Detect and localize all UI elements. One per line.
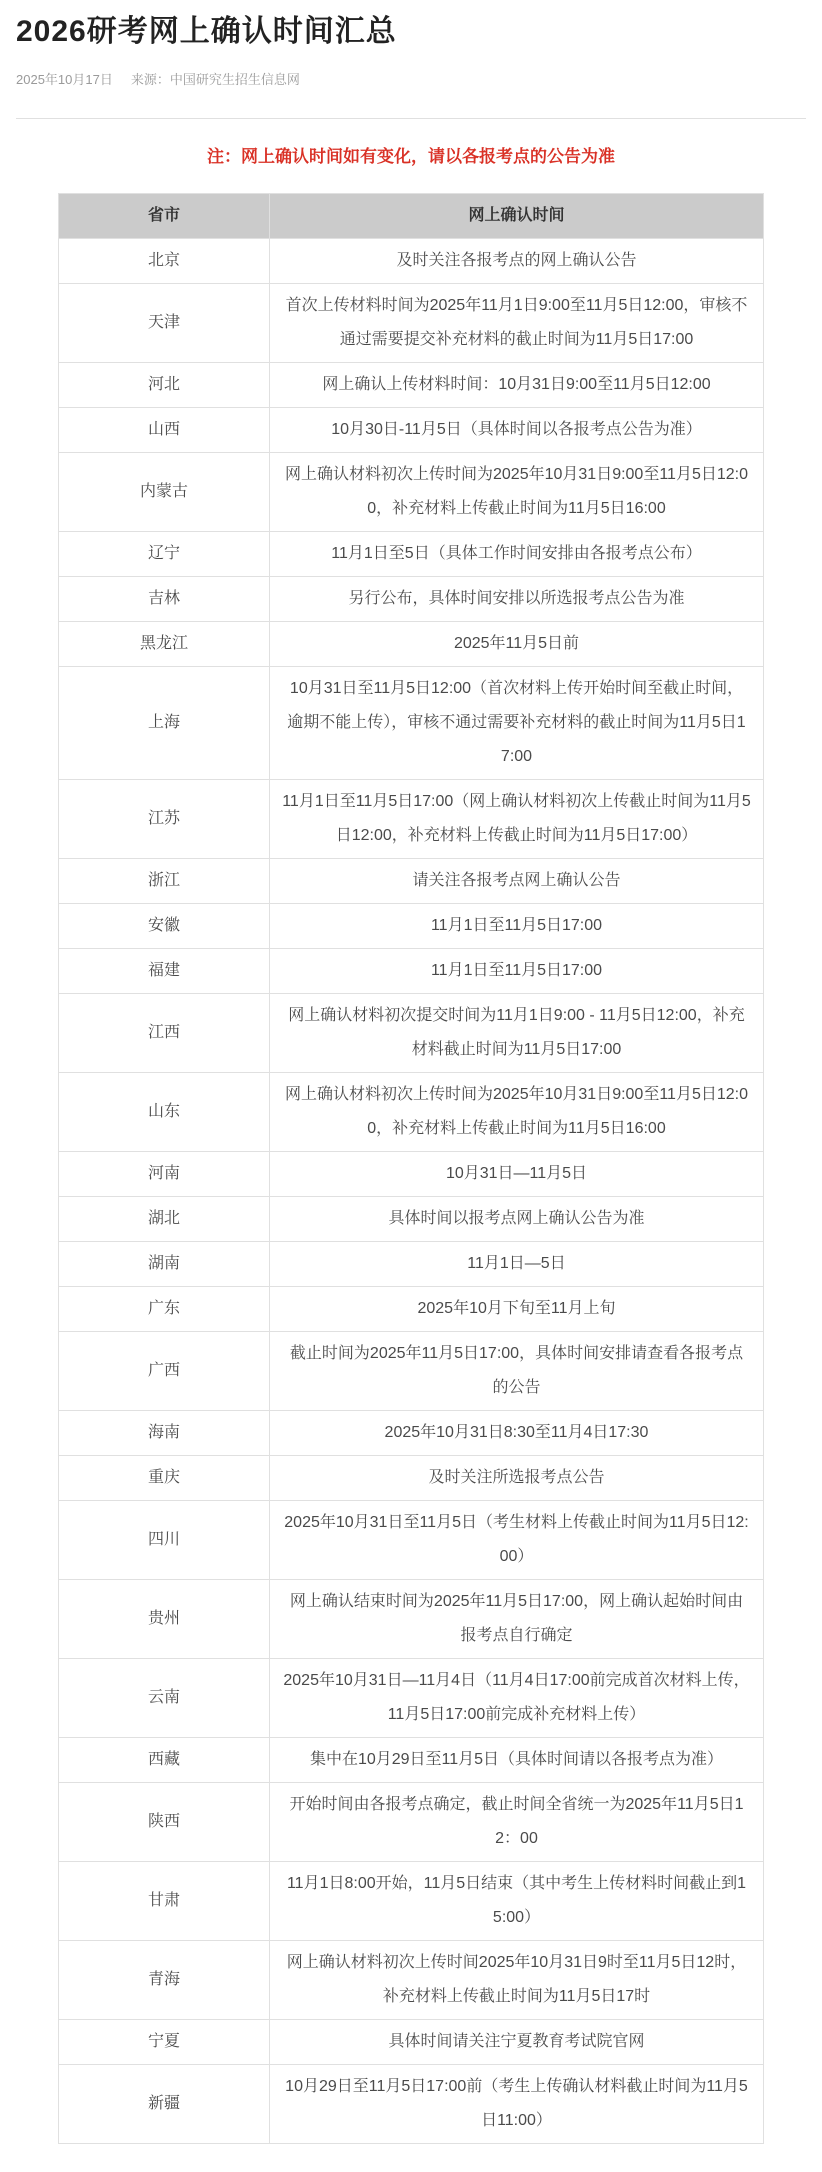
table-row: 浙江请关注各报考点网上确认公告 (59, 858, 764, 903)
province-cell: 吉林 (59, 576, 270, 621)
confirmation-time-cell: 2025年10月31日8:30至11月4日17:30 (270, 1410, 764, 1455)
table-row: 河南10月31日—11月5日 (59, 1151, 764, 1196)
province-cell: 甘肃 (59, 1861, 270, 1940)
confirmation-time-cell: 11月1日—5日 (270, 1241, 764, 1286)
confirmation-time-cell: 网上确认材料初次提交时间为11月1日9:00 - 11月5日12:00，补充材料… (270, 993, 764, 1072)
table-row: 江苏11月1日至11月5日17:00（网上确认材料初次上传截止时间为11月5日1… (59, 779, 764, 858)
table-row: 广东2025年10月下旬至11月上旬 (59, 1286, 764, 1331)
table-row: 陕西开始时间由各报考点确定，截止时间全省统一为2025年11月5日12：00 (59, 1782, 764, 1861)
table-row: 黑龙江2025年11月5日前 (59, 621, 764, 666)
province-cell: 河北 (59, 362, 270, 407)
province-cell: 浙江 (59, 858, 270, 903)
table-row: 安徽11月1日至11月5日17:00 (59, 903, 764, 948)
confirmation-time-cell: 及时关注所选报考点公告 (270, 1455, 764, 1500)
confirmation-time-cell: 10月29日至11月5日17:00前（考生上传确认材料截止时间为11月5日11:… (270, 2064, 764, 2143)
table-row: 辽宁11月1日至5日（具体工作时间安排由各报考点公布） (59, 531, 764, 576)
column-header-confirmation-time: 网上确认时间 (270, 193, 764, 238)
province-cell: 安徽 (59, 903, 270, 948)
table-row: 湖北具体时间以报考点网上确认公告为准 (59, 1196, 764, 1241)
confirmation-time-cell: 网上确认材料初次上传时间2025年10月31日9时至11月5日12时，补充材料上… (270, 1940, 764, 2019)
table-row: 海南2025年10月31日8:30至11月4日17:30 (59, 1410, 764, 1455)
table-row: 福建11月1日至11月5日17:00 (59, 948, 764, 993)
table-header: 省市 网上确认时间 (59, 193, 764, 238)
province-cell: 贵州 (59, 1579, 270, 1658)
column-header-province: 省市 (59, 193, 270, 238)
source-label: 来源：中国研究生招生信息网 (131, 69, 300, 88)
province-cell: 新疆 (59, 2064, 270, 2143)
confirmation-time-cell: 11月1日至5日（具体工作时间安排由各报考点公布） (270, 531, 764, 576)
table-row: 宁夏具体时间请关注宁夏教育考试院官网 (59, 2019, 764, 2064)
province-cell: 青海 (59, 1940, 270, 2019)
province-cell: 北京 (59, 238, 270, 283)
confirmation-time-cell: 及时关注各报考点的网上确认公告 (270, 238, 764, 283)
province-cell: 湖北 (59, 1196, 270, 1241)
confirmation-time-cell: 2025年10月下旬至11月上旬 (270, 1286, 764, 1331)
table-row: 吉林另行公布，具体时间安排以所选报考点公告为准 (59, 576, 764, 621)
confirmation-time-cell: 首次上传材料时间为2025年11月1日9:00至11月5日12:00，审核不通过… (270, 283, 764, 362)
table-row: 江西网上确认材料初次提交时间为11月1日9:00 - 11月5日12:00，补充… (59, 993, 764, 1072)
publish-date: 2025年10月17日 (16, 69, 113, 88)
province-cell: 天津 (59, 283, 270, 362)
province-cell: 福建 (59, 948, 270, 993)
confirmation-time-cell: 网上确认上传材料时间：10月31日9:00至11月5日12:00 (270, 362, 764, 407)
province-cell: 西藏 (59, 1737, 270, 1782)
confirmation-time-cell: 10月31日至11月5日12:00（首次材料上传开始时间至截止时间，逾期不能上传… (270, 666, 764, 779)
page-title: 2026研考网上确认时间汇总 (16, 12, 806, 51)
horizontal-divider (16, 118, 806, 119)
confirmation-time-cell: 具体时间请关注宁夏教育考试院官网 (270, 2019, 764, 2064)
province-cell: 江西 (59, 993, 270, 1072)
confirmation-time-cell: 截止时间为2025年11月5日17:00，具体时间安排请查看各报考点的公告 (270, 1331, 764, 1410)
confirmation-time-cell: 10月30日-11月5日（具体时间以各报考点公告为准） (270, 407, 764, 452)
table-body: 北京及时关注各报考点的网上确认公告天津首次上传材料时间为2025年11月1日9:… (59, 238, 764, 2143)
confirmation-time-cell: 具体时间以报考点网上确认公告为准 (270, 1196, 764, 1241)
confirmation-time-cell: 11月1日至11月5日17:00 (270, 903, 764, 948)
confirmation-time-cell: 网上确认材料初次上传时间为2025年10月31日9:00至11月5日12:00，… (270, 1072, 764, 1151)
province-cell: 陕西 (59, 1782, 270, 1861)
table-row: 湖南11月1日—5日 (59, 1241, 764, 1286)
table-row: 西藏集中在10月29日至11月5日（具体时间请以各报考点为准） (59, 1737, 764, 1782)
table-row: 广西截止时间为2025年11月5日17:00，具体时间安排请查看各报考点的公告 (59, 1331, 764, 1410)
table-header-row: 省市 网上确认时间 (59, 193, 764, 238)
province-cell: 辽宁 (59, 531, 270, 576)
province-cell: 广西 (59, 1331, 270, 1410)
article-meta: 2025年10月17日 来源：中国研究生招生信息网 (16, 69, 806, 88)
province-cell: 山东 (59, 1072, 270, 1151)
province-cell: 云南 (59, 1658, 270, 1737)
confirmation-time-cell: 开始时间由各报考点确定，截止时间全省统一为2025年11月5日12：00 (270, 1782, 764, 1861)
confirmation-time-cell: 2025年10月31日—11月4日（11月4日17:00前完成首次材料上传，11… (270, 1658, 764, 1737)
notice-text: 注：网上确认时间如有变化，请以各报考点的公告为准 (16, 145, 806, 169)
table-row: 内蒙古网上确认材料初次上传时间为2025年10月31日9:00至11月5日12:… (59, 452, 764, 531)
table-row: 北京及时关注各报考点的网上确认公告 (59, 238, 764, 283)
confirmation-time-cell: 11月1日至11月5日17:00（网上确认材料初次上传截止时间为11月5日12:… (270, 779, 764, 858)
province-cell: 海南 (59, 1410, 270, 1455)
confirmation-time-cell: 11月1日至11月5日17:00 (270, 948, 764, 993)
table-row: 重庆及时关注所选报考点公告 (59, 1455, 764, 1500)
table-row: 四川2025年10月31日至11月5日（考生材料上传截止时间为11月5日12:0… (59, 1500, 764, 1579)
province-cell: 广东 (59, 1286, 270, 1331)
province-cell: 江苏 (59, 779, 270, 858)
confirmation-time-cell: 另行公布，具体时间安排以所选报考点公告为准 (270, 576, 764, 621)
province-cell: 内蒙古 (59, 452, 270, 531)
table-row: 山东网上确认材料初次上传时间为2025年10月31日9:00至11月5日12:0… (59, 1072, 764, 1151)
table-row: 云南2025年10月31日—11月4日（11月4日17:00前完成首次材料上传，… (59, 1658, 764, 1737)
province-cell: 山西 (59, 407, 270, 452)
confirmation-time-cell: 网上确认结束时间为2025年11月5日17:00，网上确认起始时间由报考点自行确… (270, 1579, 764, 1658)
table-row: 河北网上确认上传材料时间：10月31日9:00至11月5日12:00 (59, 362, 764, 407)
table-row: 山西10月30日-11月5日（具体时间以各报考点公告为准） (59, 407, 764, 452)
table-row: 上海10月31日至11月5日12:00（首次材料上传开始时间至截止时间，逾期不能… (59, 666, 764, 779)
confirmation-time-cell: 2025年11月5日前 (270, 621, 764, 666)
article-page: 2026研考网上确认时间汇总 2025年10月17日 来源：中国研究生招生信息网… (0, 12, 822, 2144)
table-row: 新疆10月29日至11月5日17:00前（考生上传确认材料截止时间为11月5日1… (59, 2064, 764, 2143)
confirmation-time-cell: 2025年10月31日至11月5日（考生材料上传截止时间为11月5日12:00） (270, 1500, 764, 1579)
table-row: 甘肃11月1日8:00开始，11月5日结束（其中考生上传材料时间截止到15:00… (59, 1861, 764, 1940)
province-cell: 重庆 (59, 1455, 270, 1500)
table-row: 贵州网上确认结束时间为2025年11月5日17:00，网上确认起始时间由报考点自… (59, 1579, 764, 1658)
province-cell: 宁夏 (59, 2019, 270, 2064)
confirmation-time-cell: 11月1日8:00开始，11月5日结束（其中考生上传材料时间截止到15:00） (270, 1861, 764, 1940)
province-cell: 上海 (59, 666, 270, 779)
confirmation-time-cell: 网上确认材料初次上传时间为2025年10月31日9:00至11月5日12:00，… (270, 452, 764, 531)
confirmation-time-cell: 集中在10月29日至11月5日（具体时间请以各报考点为准） (270, 1737, 764, 1782)
province-cell: 黑龙江 (59, 621, 270, 666)
province-cell: 四川 (59, 1500, 270, 1579)
confirmation-time-cell: 请关注各报考点网上确认公告 (270, 858, 764, 903)
confirmation-time-table: 省市 网上确认时间 北京及时关注各报考点的网上确认公告天津首次上传材料时间为20… (58, 193, 764, 2144)
confirmation-time-cell: 10月31日—11月5日 (270, 1151, 764, 1196)
province-cell: 湖南 (59, 1241, 270, 1286)
province-cell: 河南 (59, 1151, 270, 1196)
table-row: 天津首次上传材料时间为2025年11月1日9:00至11月5日12:00，审核不… (59, 283, 764, 362)
table-row: 青海网上确认材料初次上传时间2025年10月31日9时至11月5日12时，补充材… (59, 1940, 764, 2019)
